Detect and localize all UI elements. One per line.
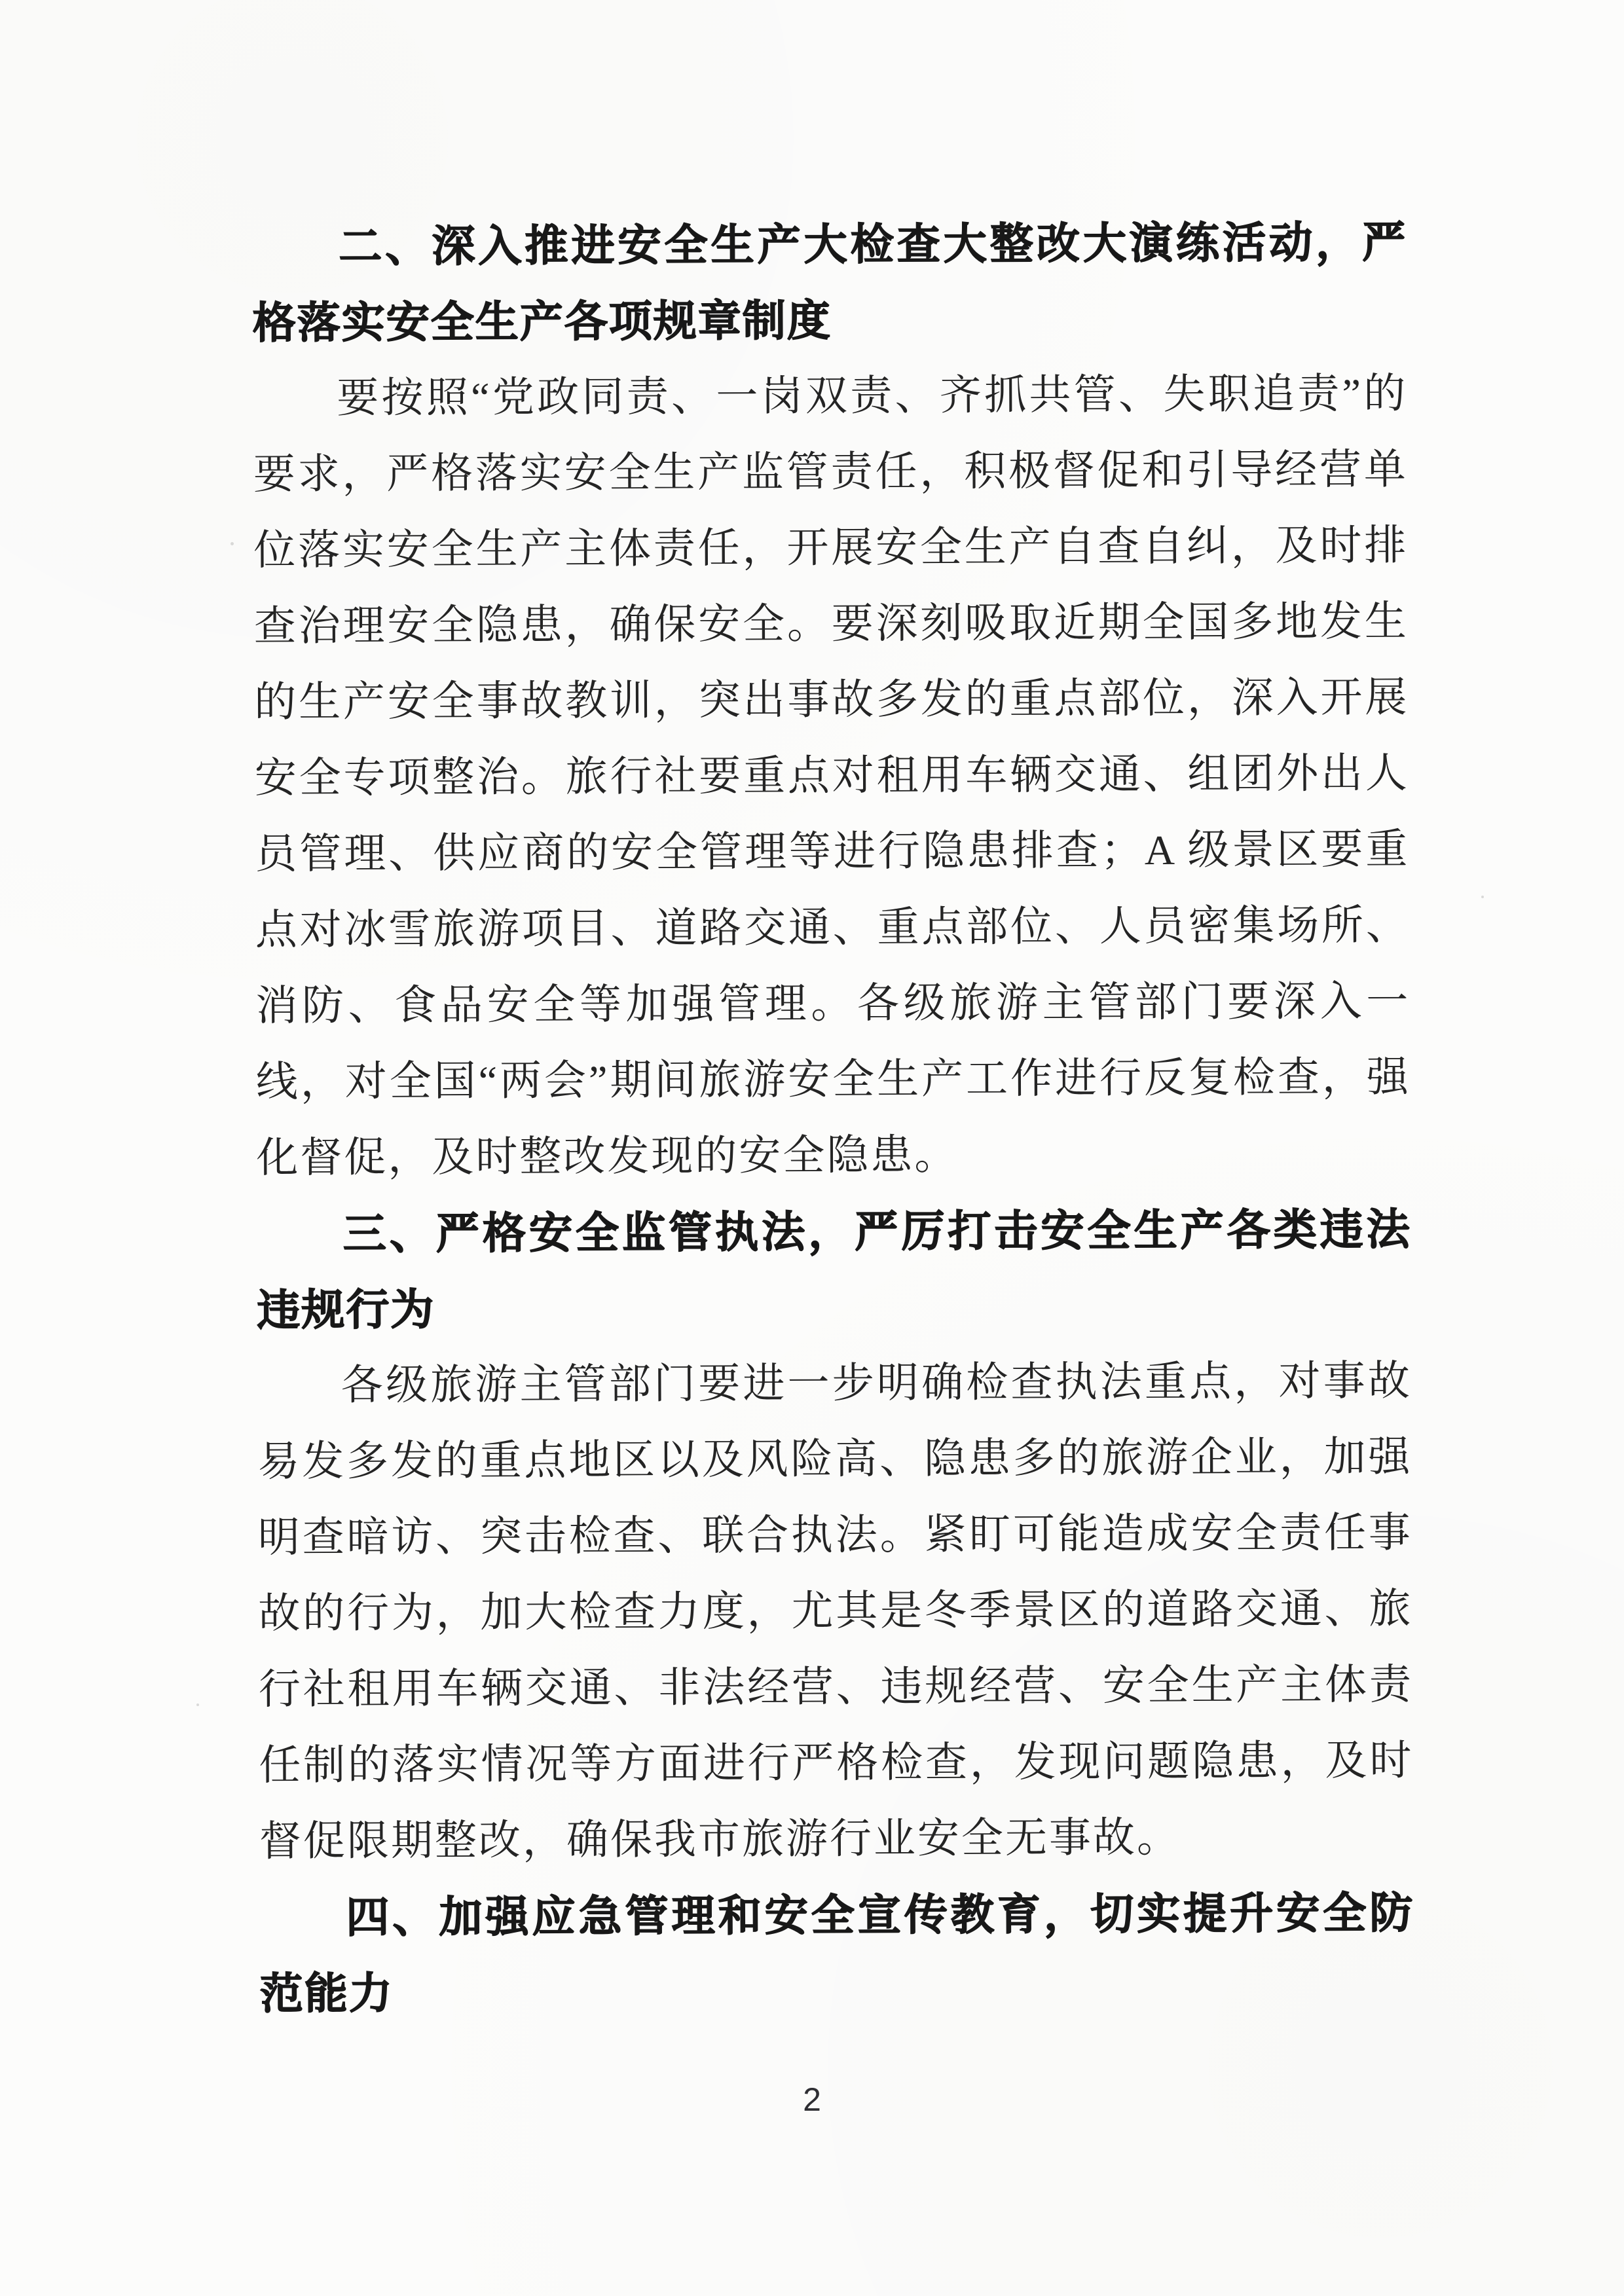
section-2-paragraph: 要按照“党政同责、一岗双责、齐抓共管、失职追责”的要求，严格落实安全生产监管责任… <box>253 355 1411 1196</box>
section-3-paragraph: 各级旅游主管部门要进一步明确检查执法重点，对事故易发多发的重点地区以及风险高、隐… <box>257 1343 1414 1880</box>
scan-speck <box>231 542 234 545</box>
section-heading-3: 三、严格安全监管执法，严厉打击安全生产各类违法违规行为 <box>257 1191 1412 1348</box>
scan-speck <box>196 1704 199 1706</box>
section-heading-4: 四、加强应急管理和安全宣传教育，切实提升安全防范能力 <box>259 1874 1414 2032</box>
scanned-document-page: 二、深入推进安全生产大检查大整改大演练活动，严格落实安全生产各项规章制度 要按照… <box>0 0 1624 2296</box>
document-body: 二、深入推进安全生产大检查大整改大演练活动，严格落实安全生产各项规章制度 要按照… <box>252 204 1414 2032</box>
scan-speck <box>1481 896 1484 898</box>
section-heading-2: 二、深入推进安全生产大检查大整改大演练活动，严格落实安全生产各项规章制度 <box>252 204 1407 361</box>
page-number: 2 <box>0 2081 1624 2119</box>
